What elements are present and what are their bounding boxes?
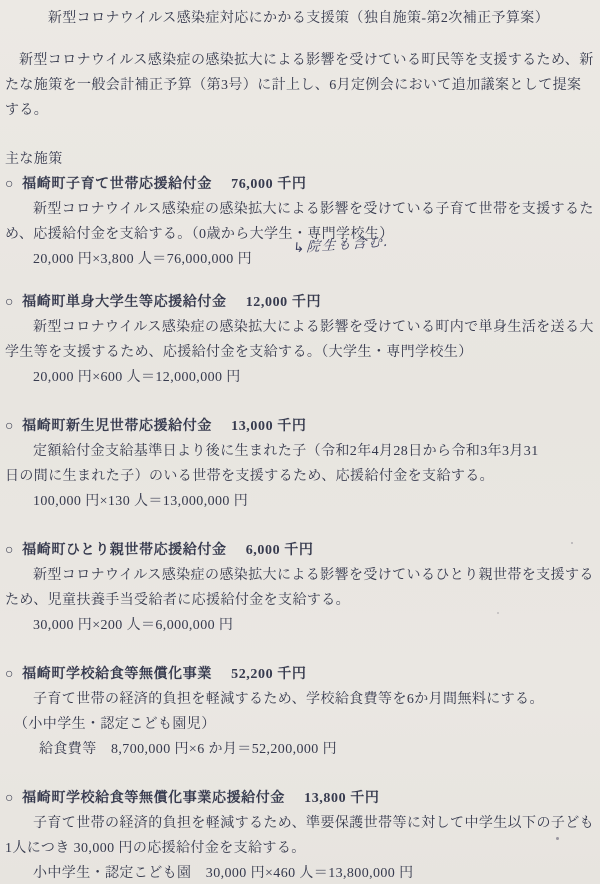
measure-description-line: 学生等を支援するため、応援給付金を支給する。（大学生・専門学校生） xyxy=(5,340,592,365)
scan-speck xyxy=(571,542,573,544)
measure-description-line: 子育て世帯の経済的負担を軽減するため、学校給食費等を6か月間無料にする。 xyxy=(5,687,592,712)
measure-heading: ○ 福崎町学校給食等無償化事業応援給付金 13,800 千円 xyxy=(5,786,592,811)
measure-description-line: 子育て世帯の経済的負担を軽減するため、準要保護世帯等に対して中学生以下の子ども xyxy=(5,811,592,836)
measure-amount: 13,000 千円 xyxy=(231,419,306,434)
measure-formula: 小中学生・認定こども園 30,000 円×460 人＝13,800,000 円 xyxy=(33,866,414,881)
measure-item: ○ 福崎町学校給食等無償化事業 52,200 千円 子育て世帯の経済的負担を軽減… xyxy=(5,662,592,762)
measure-amount: 13,800 千円 xyxy=(304,791,379,806)
intro-line: 新型コロナウイルス感染症の感染拡大による影響を受けている町民等を支援するため、新 xyxy=(5,48,592,73)
measure-item: ○ 福崎町単身大学生等応援給付金 12,000 千円 新型コロナウイルス感染症の… xyxy=(5,290,592,390)
measure-description-line: 新型コロナウイルス感染症の感染拡大による影響を受けている町内で単身生活を送る大 xyxy=(5,315,592,340)
intro-paragraph: 新型コロナウイルス感染症の感染拡大による影響を受けている町民等を支援するため、新… xyxy=(5,48,592,123)
measure-formula-row: 20,000 円×3,800 人＝76,000,000 円 ↳院生も含む. xyxy=(5,247,592,272)
measure-amount: 12,000 千円 xyxy=(246,295,321,310)
measure-heading: ○ 福崎町子育て世帯応援給付金 76,000 千円 xyxy=(5,172,592,197)
measure-formula: 20,000 円×600 人＝12,000,000 円 xyxy=(33,370,241,385)
circle-bullet: ○ xyxy=(5,419,14,434)
measure-heading: ○ 福崎町学校給食等無償化事業 52,200 千円 xyxy=(5,662,592,687)
measure-title: 福崎町ひとり親世帯応援給付金 xyxy=(22,543,226,558)
circle-bullet: ○ xyxy=(5,543,14,558)
measure-formula: 100,000 円×130 人＝13,000,000 円 xyxy=(33,494,248,509)
measure-heading: ○ 福崎町新生児世帯応援給付金 13,000 千円 xyxy=(5,414,592,439)
measure-heading: ○ 福崎町ひとり親世帯応援給付金 6,000 千円 xyxy=(5,538,592,563)
measure-item: ○ 福崎町学校給食等無償化事業応援給付金 13,800 千円 子育て世帯の経済的… xyxy=(5,786,592,884)
measure-description-line: 日の間に生まれた子）のいる世帯を支援するため、応援給付金を支給する。 xyxy=(5,464,592,489)
measure-title: 福崎町学校給食等無償化事業応援給付金 xyxy=(22,791,285,806)
measure-amount: 52,200 千円 xyxy=(231,667,306,682)
measure-item: ○ 福崎町子育て世帯応援給付金 76,000 千円 新型コロナウイルス感染症の感… xyxy=(5,172,592,272)
measure-formula-row: 給食費等 8,700,000 円×6 か月＝52,200,000 円 xyxy=(5,737,592,762)
measure-formula: 給食費等 8,700,000 円×6 か月＝52,200,000 円 xyxy=(39,742,337,757)
measure-formula-row: 20,000 円×600 人＝12,000,000 円 xyxy=(5,365,592,390)
measure-formula-row: 30,000 円×200 人＝6,000,000 円 xyxy=(5,613,592,638)
measure-amount: 6,000 千円 xyxy=(246,543,314,558)
measure-formula-row: 100,000 円×130 人＝13,000,000 円 xyxy=(5,489,592,514)
measure-description-line: ため、児童扶養手当受給者に応援給付金を支給する。 xyxy=(5,588,592,613)
scanned-document-page: 新型コロナウイルス感染症対応にかかる支援策（独自施策-第2次補正予算案） 新型コ… xyxy=(0,0,600,884)
measure-target-note: （小中学生・認定こども園児） xyxy=(5,712,592,737)
circle-bullet: ○ xyxy=(5,667,14,682)
measure-description-line: 定額給付金支給基準日より後に生まれた子（令和2年4月28日から令和3年3月31 xyxy=(5,439,592,464)
measure-description-line: 新型コロナウイルス感染症の感染拡大による影響を受けているひとり親世帯を支援する xyxy=(5,563,592,588)
measure-description-line: 新型コロナウイルス感染症の感染拡大による影響を受けている子育て世帯を支援するた xyxy=(5,197,592,222)
measure-formula: 30,000 円×200 人＝6,000,000 円 xyxy=(33,618,233,633)
section-heading: 主な施策 xyxy=(5,147,592,172)
circle-bullet: ○ xyxy=(5,177,14,192)
measure-item: ○ 福崎町ひとり親世帯応援給付金 6,000 千円 新型コロナウイルス感染症の感… xyxy=(5,538,592,638)
measure-formula: 20,000 円×3,800 人＝76,000,000 円 xyxy=(33,252,252,267)
scan-speck xyxy=(556,837,559,840)
measure-title: 福崎町学校給食等無償化事業 xyxy=(22,667,212,682)
measure-formula-row: 小中学生・認定こども園 30,000 円×460 人＝13,800,000 円 xyxy=(5,861,592,884)
measure-title: 福崎町新生児世帯応援給付金 xyxy=(22,419,212,434)
document-title: 新型コロナウイルス感染症対応にかかる支援策（独自施策-第2次補正予算案） xyxy=(5,7,592,27)
intro-line: たな施策を一般会計補正予算（第3号）に計上し、6月定例会において追加議案として提… xyxy=(5,73,592,98)
measure-title: 福崎町子育て世帯応援給付金 xyxy=(22,177,212,192)
circle-bullet: ○ xyxy=(5,295,14,310)
measure-description-line: 1人につき 30,000 円の応援給付金を支給する。 xyxy=(5,836,592,861)
scan-speck xyxy=(497,612,499,614)
measure-title: 福崎町単身大学生等応援給付金 xyxy=(22,295,226,310)
measure-heading: ○ 福崎町単身大学生等応援給付金 12,000 千円 xyxy=(5,290,592,315)
measure-amount: 76,000 千円 xyxy=(231,177,306,192)
circle-bullet: ○ xyxy=(5,791,14,806)
intro-line: する。 xyxy=(5,98,592,123)
measure-item: ○ 福崎町新生児世帯応援給付金 13,000 千円 定額給付金支給基準日より後に… xyxy=(5,414,592,514)
